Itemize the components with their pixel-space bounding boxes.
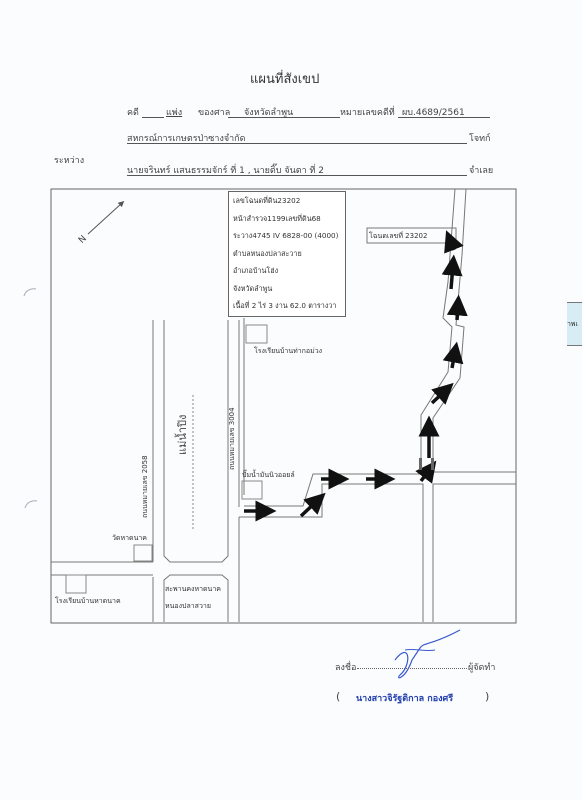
bridge-label-2: หนองปลาสวาย bbox=[165, 601, 211, 612]
land-info-line: ตำบลหนองปลาสะวาย bbox=[229, 245, 345, 263]
map-drawing: N bbox=[0, 0, 582, 800]
close-paren: ) bbox=[485, 690, 489, 703]
school-tha-kom-muang-label: โรงเรียนบ้านท่ากอม่วง bbox=[254, 346, 322, 357]
temple-label: วัดหาดนาค bbox=[112, 533, 147, 544]
deed-label: โฉนดเลขที่ 23202 bbox=[369, 231, 427, 242]
open-paren: ( bbox=[336, 690, 340, 703]
land-info-line: ระวาง4745 IV 6828-00 (4000) bbox=[229, 227, 345, 245]
land-info-line: เนื้อที่ 2 ไร่ 3 งาน 62.0 ตารางวา bbox=[229, 297, 345, 315]
land-info-line: อำเภอบ้านโฮ่ง bbox=[229, 262, 345, 280]
land-info-line: เลขโฉนดที่ดิน23202 bbox=[229, 192, 345, 210]
sign-label: ลงชื่อ bbox=[335, 660, 356, 674]
land-info-line: จังหวัดลำพูน bbox=[229, 280, 345, 298]
road-3004-label: ถนนหมายเลข 3004 bbox=[227, 407, 238, 470]
land-info-box: เลขโฉนดที่ดิน23202 หน้าสำรวจ1199เลขที่ดิ… bbox=[228, 191, 346, 317]
signature-line bbox=[357, 668, 467, 669]
school-had-nak-label: โรงเรียนบ้านหาดนาค bbox=[55, 596, 121, 607]
svg-text:N: N bbox=[77, 234, 89, 246]
road-2058-label: ถนนหมายเลข 2058 bbox=[140, 455, 151, 518]
land-info-line: หน้าสำรวจ1199เลขที่ดิน68 bbox=[229, 210, 345, 228]
signer-role: ผู้จัดทำ bbox=[468, 660, 495, 674]
signer-name: นางสาวจิรัฐติกาล กองศรี bbox=[356, 691, 453, 705]
edge-tab: าพเ bbox=[567, 302, 582, 346]
river-label: แม่น้ำปิง bbox=[173, 415, 191, 455]
bridge-label-1: สะพานคงหาดนาค bbox=[165, 584, 221, 595]
gas-station-label: ปั๊มน้ำมันนิวออยล์ bbox=[242, 470, 295, 481]
